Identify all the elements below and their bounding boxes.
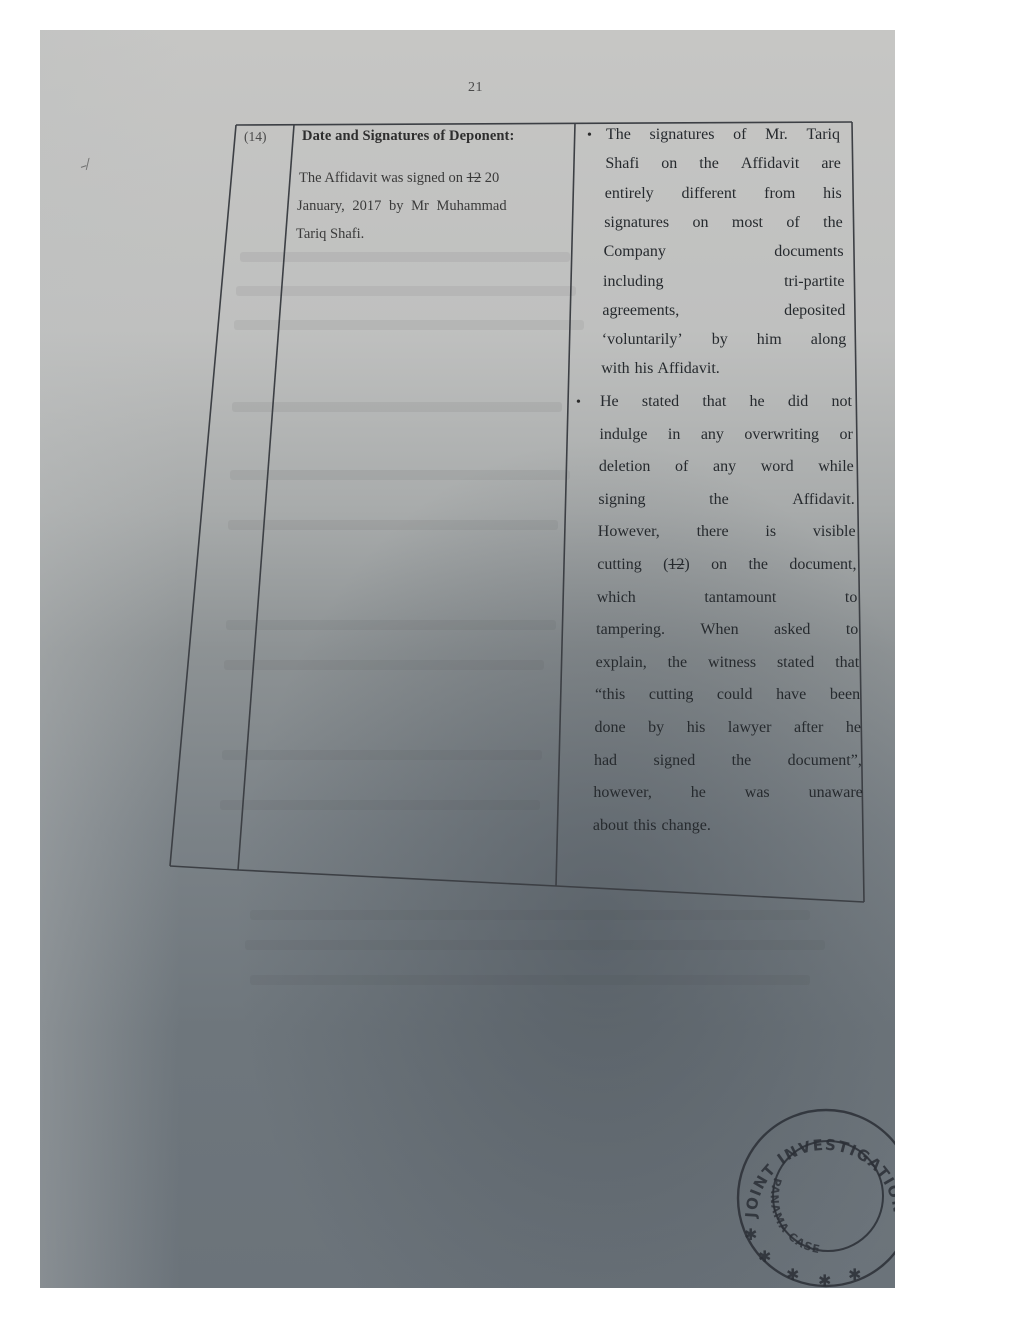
observation-word: by <box>712 331 728 349</box>
observation-line: deletionofanywordwhile <box>599 458 854 476</box>
observation-word: to <box>845 589 857 607</box>
observation-word: had <box>594 752 617 770</box>
observation-word: have <box>776 686 806 704</box>
observation-line: ThesignaturesofMr.Tariq <box>606 126 840 144</box>
statement-line-1: The Affidavit was signed on 12 20 <box>299 170 499 187</box>
observation-line: however,hewasunaware <box>593 784 862 802</box>
observation-word: he <box>750 393 765 411</box>
observation-word: “this <box>595 686 625 704</box>
observation-word: are <box>821 155 841 173</box>
observation-word: the <box>709 491 729 509</box>
observation-word: cutting <box>597 556 641 574</box>
observation-line: “thiscuttingcouldhavebeen <box>595 686 860 704</box>
observation-word: Mr. <box>765 126 788 144</box>
observation-word: lawyer <box>728 719 772 737</box>
paper-page: 21 –⁄ <box>40 30 895 1288</box>
observation-word: to <box>846 621 858 639</box>
observation-word: deposited <box>784 302 845 320</box>
stamp-star-icons: ✱ ✱ ✱ ✱ ✱ <box>744 1225 861 1288</box>
statement-line-3: Tariq Shafi. <box>296 226 364 243</box>
observation-line: includingtri-partite <box>603 273 845 291</box>
observation-word: explain, <box>596 654 647 672</box>
observation-word: was <box>745 784 770 802</box>
observation-word: ‘voluntarily’ <box>602 331 683 349</box>
observation-word: (12) <box>663 556 690 574</box>
svg-text:PANAMA CASE: PANAMA CASE <box>768 1176 822 1256</box>
observation-word: the <box>823 214 843 232</box>
observation-word: He <box>600 393 619 411</box>
observation-word: asked <box>774 621 810 639</box>
corrected-date: 20 <box>485 170 500 186</box>
observation-word: about this change. <box>593 817 711 835</box>
observation-word: Tariq <box>806 126 840 144</box>
observation-word: that <box>835 654 859 672</box>
observation-word: tantamount <box>704 589 776 607</box>
observation-word: document”, <box>788 752 862 770</box>
observation-word: the <box>668 654 688 672</box>
observation-line: about this change. <box>593 817 864 835</box>
observation-word: in <box>668 426 680 444</box>
observation-word: of <box>786 214 799 232</box>
observation-line: ShafiontheAffidavitare <box>605 155 841 173</box>
observation-word: unaware <box>809 784 863 802</box>
observation-word: his <box>823 185 842 203</box>
observation-line: Hestatedthathedidnot <box>600 393 852 411</box>
observation-word: overwriting <box>744 426 819 444</box>
observation-word: is <box>765 523 776 541</box>
bullet-icon: • <box>576 395 581 411</box>
observation-word: any <box>701 426 724 444</box>
observation-word: or <box>840 426 853 444</box>
observation-word: different <box>682 185 737 203</box>
observation-word: including <box>603 273 663 291</box>
statement-prefix: The Affidavit was signed on <box>299 170 463 186</box>
observation-word: him <box>757 331 782 349</box>
observation-word: the <box>748 556 768 574</box>
observation-word: agreements, <box>602 302 679 320</box>
observation-word: he <box>691 784 706 802</box>
row-heading: Date and Signatures of Deponent: <box>302 129 514 144</box>
observation-line: agreements,deposited <box>602 302 845 320</box>
observation-word: indulge <box>599 426 647 444</box>
observation-word: cutting <box>649 686 693 704</box>
observation-word: deletion <box>599 458 651 476</box>
observation-word: by <box>648 719 664 737</box>
observation-word: signed <box>653 752 695 770</box>
svg-text:✱: ✱ <box>848 1265 861 1284</box>
observation-line: entirelydifferentfromhis <box>605 185 842 203</box>
observation-word: on <box>711 556 727 574</box>
observation-word: there <box>697 523 729 541</box>
observation-word: been <box>830 686 860 704</box>
observation-word: stated <box>642 393 679 411</box>
row-number: (14) <box>244 130 267 144</box>
svg-text:✱: ✱ <box>786 1265 799 1284</box>
observation-line: whichtantamountto <box>597 589 858 607</box>
observation-word: tampering. <box>596 621 665 639</box>
observation-word: any <box>713 458 736 476</box>
observation-word: signatures <box>604 214 669 232</box>
observation-word: Affidavit. <box>792 491 854 509</box>
observation-word: on <box>661 155 677 173</box>
observation-word: done <box>595 719 626 737</box>
observation-word: along <box>811 331 847 349</box>
observation-line: cutting(12)onthedocument, <box>597 556 856 574</box>
observation-word: documents <box>774 243 843 261</box>
observation-line: explain,thewitnessstatedthat <box>596 654 860 672</box>
observation-word: The <box>606 126 631 144</box>
statement-line-2: January, 2017 by Mr Muhammad <box>297 198 507 215</box>
svg-text:✱: ✱ <box>818 1271 831 1288</box>
observation-word: However, <box>598 523 660 541</box>
observation-line: However,thereisvisible <box>598 523 856 541</box>
observation-word: stated <box>777 654 814 672</box>
observation-line: indulgeinanyoverwritingor <box>599 426 852 444</box>
observation-word: word <box>761 458 794 476</box>
observation-word: When <box>700 621 738 639</box>
observation-word: Company <box>604 243 666 261</box>
stamp-inner-text: PANAMA CASE <box>768 1176 822 1256</box>
observation-word: could <box>717 686 753 704</box>
observation-word: signatures <box>650 126 715 144</box>
observation-line: Companydocuments <box>604 243 844 261</box>
observation-line: ‘voluntarily’byhimalong <box>602 331 847 349</box>
observation-word: he <box>846 719 861 737</box>
document-photo: 21 –⁄ <box>40 30 895 1288</box>
observation-word: visible <box>813 523 856 541</box>
observation-line: with his Affidavit. <box>601 360 847 378</box>
observation-word: of <box>733 126 746 144</box>
observation-word: on <box>692 214 708 232</box>
observation-word: from <box>764 185 795 203</box>
observation-line: hadsignedthedocument”, <box>594 752 862 770</box>
observation-word: however, <box>593 784 651 802</box>
observation-line: signaturesonmostofthe <box>604 214 843 232</box>
observation-word: the <box>732 752 752 770</box>
svg-text:✱: ✱ <box>758 1247 771 1266</box>
observation-word: not <box>831 393 851 411</box>
observation-word: after <box>794 719 823 737</box>
observation-word: did <box>788 393 808 411</box>
observation-word: document, <box>789 556 856 574</box>
jit-stamp: JOINT INVESTIGATION TEAM PANAMA CASE ✱ ✱… <box>726 1100 895 1288</box>
observation-word: Shafi <box>605 155 639 173</box>
observation-word: his <box>687 719 706 737</box>
observation-word: which <box>597 589 636 607</box>
observation-word: entirely <box>605 185 654 203</box>
observation-word: of <box>675 458 688 476</box>
observation-word: with his Affidavit. <box>601 360 720 378</box>
bullet-icon: • <box>587 128 592 144</box>
observation-word: Affidavit <box>741 155 799 173</box>
struck-date: 12 <box>467 170 482 186</box>
observation-line: tampering.Whenaskedto <box>596 621 858 639</box>
svg-text:✱: ✱ <box>744 1225 757 1244</box>
observation-word: most <box>732 214 763 232</box>
observation-line: signingtheAffidavit. <box>598 491 854 509</box>
observation-line: donebyhislawyerafterhe <box>595 719 862 737</box>
observation-word: witness <box>708 654 756 672</box>
observation-word: signing <box>598 491 645 509</box>
observation-word: while <box>818 458 854 476</box>
observation-word: the <box>699 155 719 173</box>
observation-word: tri-partite <box>784 273 844 291</box>
observation-word: that <box>702 393 726 411</box>
